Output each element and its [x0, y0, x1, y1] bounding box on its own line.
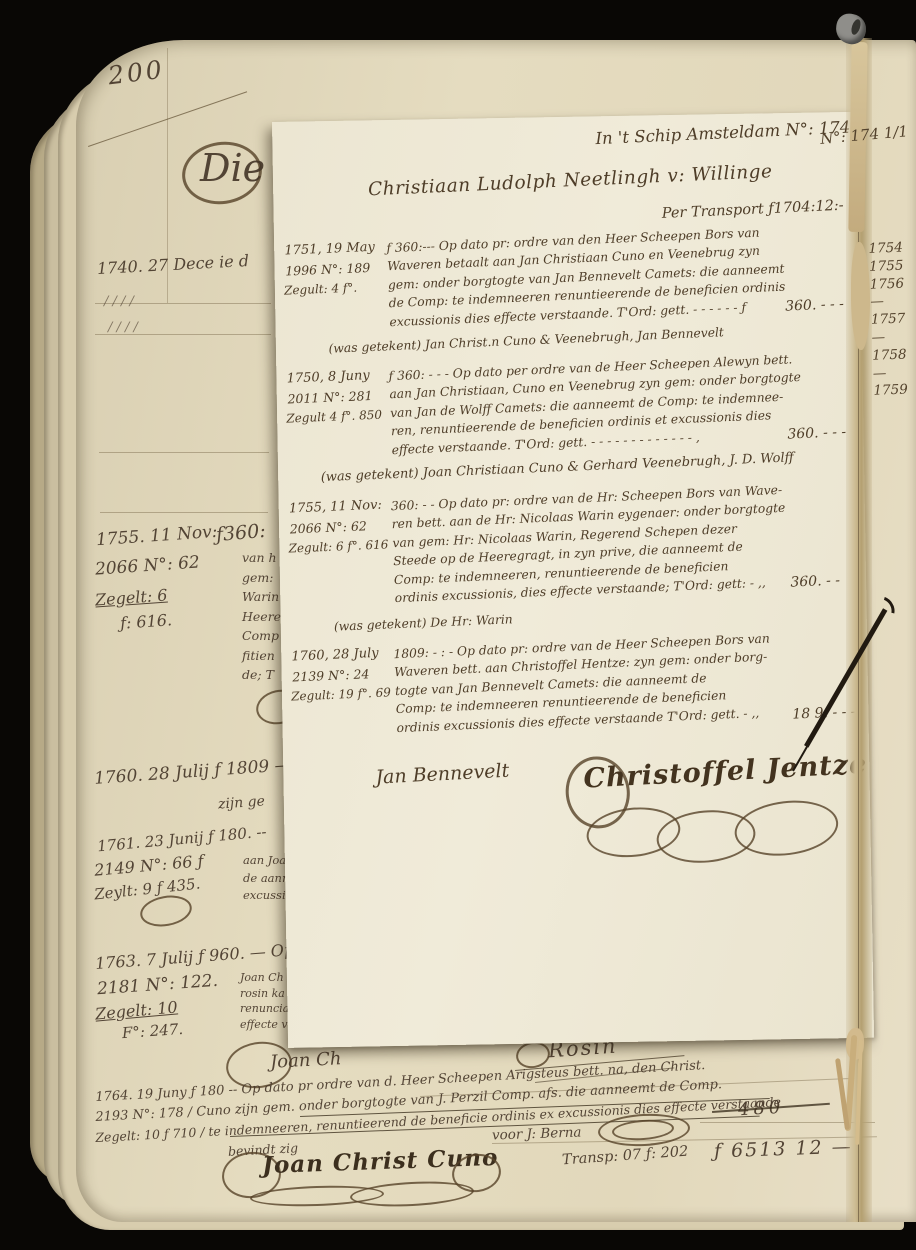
signature-christoffel-jentze: Christoffel Jentze [583, 749, 868, 795]
ledger-entry-1755-amount: ƒ360: [215, 520, 266, 546]
entry-seal-note: Zegult: 19 f°. 69 [291, 685, 391, 703]
entry-date: 1750, 8 Juny [286, 368, 370, 386]
entry-date: 1760, 28 July [291, 646, 379, 665]
entry-amount: 360. - - - [787, 424, 846, 442]
entry-signed-note: (was getekent) De Hr: Warin [334, 612, 513, 633]
entry-seal-note: Zegult 4 f°. 850 [286, 408, 382, 426]
entry-body-text: ƒ 360: - - - Op dato per ordre van de He… [388, 349, 831, 459]
entry-amount: 360. - - [790, 573, 840, 591]
entry-signed-note: (was getekent) Jan Christ.n Cuno & Veene… [328, 325, 724, 356]
entry-date: 1751, 19 May [284, 240, 375, 259]
ruled-line [100, 512, 268, 513]
entry-body-text: ƒ 360:--- Op dato pr: ordre van den Heer… [386, 221, 829, 331]
entry-seal-note: Zegult: 6 f°. 616 [288, 537, 388, 555]
ledger-entry-1755-folio: ƒ: 616. [119, 610, 172, 633]
ditto-ticks-row-1: / / / / [104, 294, 134, 309]
sheet-title-name: Christiaan Ludolph Neetlingh v: Willinge [335, 160, 805, 202]
signature-jan-bennevelt: Jan Bennevelt [375, 760, 510, 789]
entry-date: 1755, 11 Nov: [289, 498, 382, 517]
ruled-line [99, 452, 269, 453]
entry-ref-number: 2011 N°: 281 [287, 388, 373, 407]
entry-amount: 360. - - - [785, 296, 844, 314]
inserted-sheet: In 't Schip Amsteldam N°: 174 Christiaan… [272, 112, 874, 1048]
ledger-entry-1763-fragments: Joan Ch rosin ka renuncia effecte v [240, 970, 289, 1032]
entry-ref-number: 1996 N°: 189 [285, 260, 371, 279]
ledger-entry-1760-fragment: zijn ge [217, 793, 265, 812]
entry-seal-note: Zegult: 4 f°. [284, 281, 358, 298]
ornate-heading: Die [200, 146, 265, 190]
entry-ref-number: 2139 N°: 24 [292, 666, 370, 684]
ledger-entry-1755-fragments: van h gem: Warin Heere Comp fitien de; T [242, 548, 281, 685]
ditto-ticks-row-2: / / / / [108, 320, 138, 335]
sheet-header-ship: In 't Schip Amsteldam N°: 174 [480, 118, 850, 154]
signature-joan-partial: Joan Ch [269, 1048, 341, 1073]
entry-body-text: 360: - - Op dato pr: ordre van de Hr: Sc… [391, 479, 835, 608]
right-tab-year-list: 1754 1755 1756 — 1757 — 1758 — 1759 [868, 239, 916, 401]
entry-body-text: 1809: - : - Op dato pr: ordre van de Hee… [393, 627, 836, 737]
signature-flourish-loop-3 [731, 795, 841, 861]
entry-ref-number: 2066 N°: 62 [289, 518, 367, 536]
